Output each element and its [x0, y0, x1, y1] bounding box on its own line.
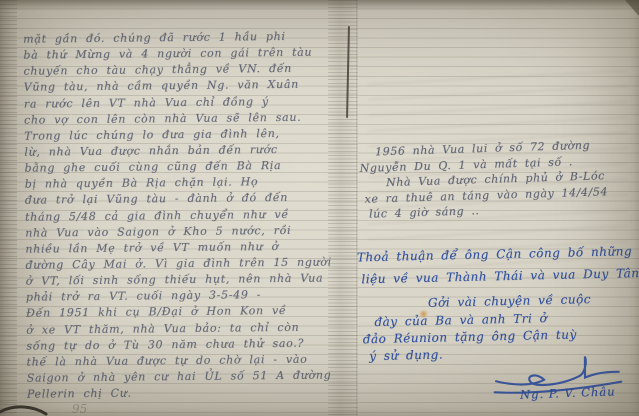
handwritten-line: Vũng tàu, nhà cầm quyền Ng. văn Xuân	[24, 77, 330, 96]
right-page-agreement-note: Thoả thuận để ông Cận công bố những tư l…	[357, 243, 639, 366]
right-page-entry-1956: 1956 nhà Vua lui ở số 72 đường Nguyễn Du…	[359, 137, 609, 222]
left-page-edges	[0, 0, 17, 416]
top-shadow	[0, 0, 639, 10]
handwritten-line: Saigon ở nhà yên cư hai ỦL số 51 A đường	[27, 367, 333, 386]
ink-smudge	[0, 402, 50, 416]
page-number: 95	[72, 402, 87, 416]
handwritten-line: Thoả thuận để ông Cận công bố những tư	[357, 243, 639, 267]
left-page: mặt gần đó. chúng đã rước 1 hầu phi bà t…	[23, 28, 333, 402]
handwritten-line: nhà Vua vào Saigon ở Kho 5 nước, rồi	[25, 222, 331, 241]
notebook-photo: mặt gần đó. chúng đã rước 1 hầu phi bà t…	[0, 0, 639, 416]
handwritten-line: liệu về vua Thành Thái và vua Duy Tân .	[357, 265, 639, 289]
corner-shadow	[625, 0, 639, 16]
handwritten-line: Pellerin chị Cư.	[27, 383, 333, 402]
gutter-shadow-line	[346, 26, 350, 118]
handwritten-line: cho vợ con lên còn nhà Vua sẽ lên sau.	[24, 109, 330, 128]
